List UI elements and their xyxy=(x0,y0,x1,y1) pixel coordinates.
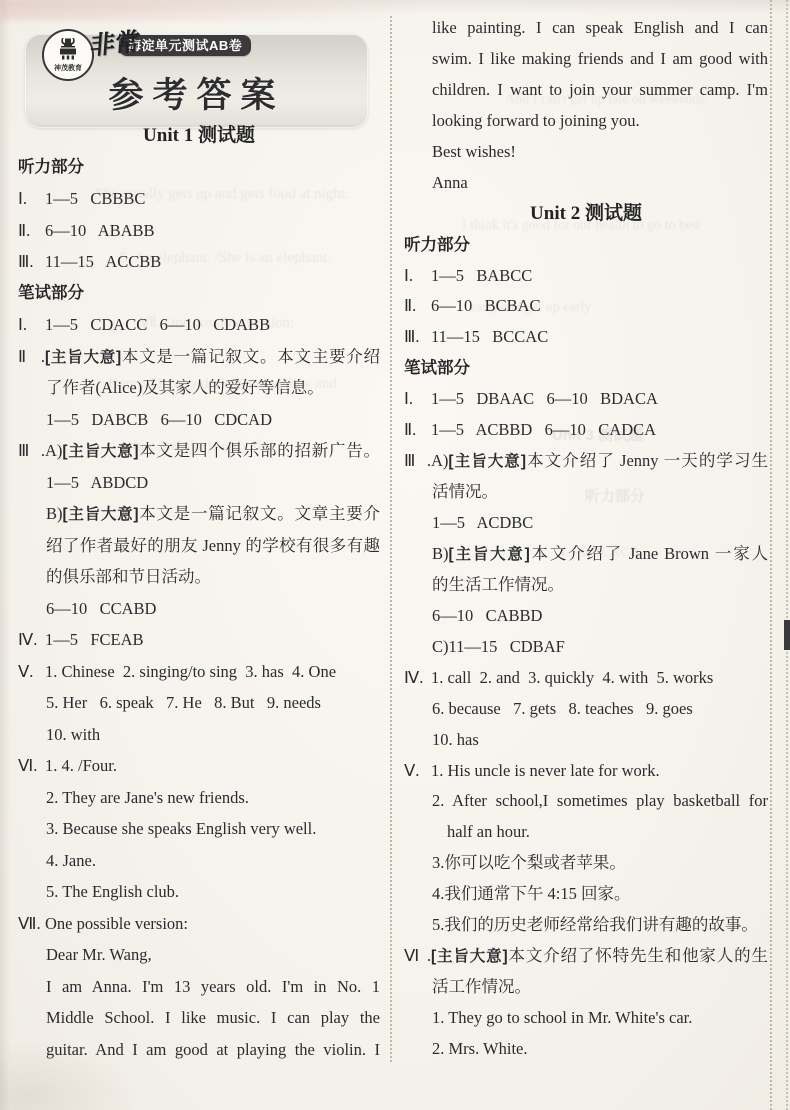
section-heading: 听力部分 xyxy=(18,152,380,184)
answer-line: Dear Mr. Wang, xyxy=(18,939,380,971)
publisher-logo-caption: 神茂教育 xyxy=(54,65,82,73)
answer-line: Ⅲ.11—15 BCCAC xyxy=(404,322,768,353)
answer-line: 10. has xyxy=(404,725,768,756)
bronze-vessel-icon xyxy=(55,38,81,65)
column-divider-dotted xyxy=(390,16,392,1062)
answer-line: 1. They go to school in Mr. White's car. xyxy=(404,1003,768,1034)
answer-line: 了作者(Alice)及其家人的爱好等信息。 xyxy=(18,372,380,404)
answer-line: like painting. I can speak English and I… xyxy=(404,13,768,44)
answer-line: Middle School. I like music. I can play … xyxy=(18,1002,380,1034)
answers-left-column: Unit 1 测试题听力部分Ⅰ.1—5 CBBBCⅡ.6—10 ABABBⅢ.1… xyxy=(18,120,380,1065)
answer-line: B)[主旨大意]本文是一篇记叙文。文章主要介 xyxy=(18,498,380,530)
answer-line: 6. because 7. gets 8. teaches 9. goes xyxy=(404,694,768,725)
scan-edge-shadow xyxy=(0,0,10,1110)
answer-line: 活情况。 xyxy=(404,477,768,508)
answer-line: Ⅴ.1. Chinese 2. singing/to sing 3. has 4… xyxy=(18,656,380,688)
answer-line: 5.我们的历史老师经常给我们讲有趣的故事。 xyxy=(404,910,768,941)
answer-line: Ⅲ.A)[主旨大意]本文是四个俱乐部的招新广告。 xyxy=(18,435,380,467)
answer-line: 的俱乐部和节日活动。 xyxy=(18,561,380,593)
answer-line: 1—5 ACDBC xyxy=(404,508,768,539)
answer-line: Ⅰ.1—5 CDACC 6—10 CDABB xyxy=(18,309,380,341)
answer-line: Ⅱ.6—10 BCBAC xyxy=(404,291,768,322)
answer-line: 2. After school,I sometimes play basketb… xyxy=(404,786,768,817)
answer-line: I am Anna. I'm 13 years old. I'm in No. … xyxy=(18,971,380,1003)
section-heading: 笔试部分 xyxy=(18,278,380,310)
answer-line: 活工作情况。 xyxy=(404,972,768,1003)
answer-line: Ⅲ.A)[主旨大意]本文介绍了 Jenny 一天的学习生 xyxy=(404,446,768,477)
answer-line: 1—5 ABDCD xyxy=(18,467,380,499)
answer-line: 4. Jane. xyxy=(18,845,380,877)
answer-line: Ⅰ.1—5 BABCC xyxy=(404,261,768,292)
answer-line: children. I want to join your summer cam… xyxy=(404,75,768,106)
answer-line: 2. They are Jane's new friends. xyxy=(18,782,380,814)
answers-right-column: like painting. I can speak English and I… xyxy=(404,13,768,1065)
answer-line: Ⅱ.[主旨大意]本文是一篇记叙文。本文主要介绍 xyxy=(18,341,380,373)
answer-line: C)11—15 CDBAF xyxy=(404,632,768,663)
answer-line: 绍了作者最好的朋友 Jenny 的学校有很多有趣 xyxy=(18,530,380,562)
answer-line: Best wishes! xyxy=(404,137,768,168)
answer-line: Ⅴ.1. His uncle is never late for work. xyxy=(404,756,768,787)
answer-line: swim. I like making friends and I am goo… xyxy=(404,44,768,75)
answer-line: 1—5 DABCB 6—10 CDCAD xyxy=(18,404,380,436)
scanned-answer-page: One possible versionIt's 8:00 on Sunday … xyxy=(0,0,790,1110)
answer-line: 10. with xyxy=(18,719,380,751)
answer-line: Anna xyxy=(404,168,768,199)
brand-script-text: 非常 xyxy=(89,29,141,62)
answer-line: 3.你可以吃个梨或者苹果。 xyxy=(404,848,768,879)
section-heading: 笔试部分 xyxy=(404,353,768,384)
answer-line: guitar. And I am good at playing the vio… xyxy=(18,1034,380,1066)
answer-line: 3. Because she speaks English very well. xyxy=(18,813,380,845)
unit-heading: Unit 2 测试题 xyxy=(404,199,768,230)
page-edge-dotted xyxy=(786,0,788,1110)
answer-line: 2. Mrs. White. xyxy=(404,1034,768,1065)
answer-line: Ⅱ.6—10 ABABB xyxy=(18,215,380,247)
page-edge-tab xyxy=(784,620,790,650)
answer-line: 4.我们通常下午 4:15 回家。 xyxy=(404,879,768,910)
answer-line: B)[主旨大意]本文介绍了 Jane Brown 一家人 xyxy=(404,539,768,570)
answer-line: Ⅵ.1. 4. /Four. xyxy=(18,750,380,782)
scan-ink-smear xyxy=(0,0,430,20)
answer-line: Ⅲ.11—15 ACCBB xyxy=(18,246,380,278)
answer-line: Ⅵ.[主旨大意]本文介绍了怀特先生和他家人的生 xyxy=(404,941,768,972)
answer-line: 6—10 CABBD xyxy=(404,601,768,632)
answer-line: Ⅰ.1—5 DBAAC 6—10 BDACA xyxy=(404,384,768,415)
answer-line: Ⅶ.One possible version: xyxy=(18,908,380,940)
answer-line: 5. The English club. xyxy=(18,876,380,908)
publisher-logo: 神茂教育 xyxy=(42,29,94,81)
answer-line: 6—10 CCABD xyxy=(18,593,380,625)
answer-line: 的生活工作情况。 xyxy=(404,570,768,601)
answer-line: half an hour. xyxy=(404,817,768,848)
answer-line: Ⅳ.1—5 FCEAB xyxy=(18,624,380,656)
section-heading: 听力部分 xyxy=(404,230,768,261)
answer-line: looking forward to joining you. xyxy=(404,106,768,137)
answer-line: Ⅰ.1—5 CBBBC xyxy=(18,183,380,215)
margin-divider-dotted xyxy=(770,0,772,1110)
answer-line: Ⅱ.1—5 ACBBD 6—10 CADCA xyxy=(404,415,768,446)
unit-heading: Unit 1 测试题 xyxy=(18,120,380,152)
answer-line: 5. Her 6. speak 7. He 8. But 9. needs xyxy=(18,687,380,719)
answer-line: Ⅳ.1. call 2. and 3. quickly 4. with 5. w… xyxy=(404,663,768,694)
